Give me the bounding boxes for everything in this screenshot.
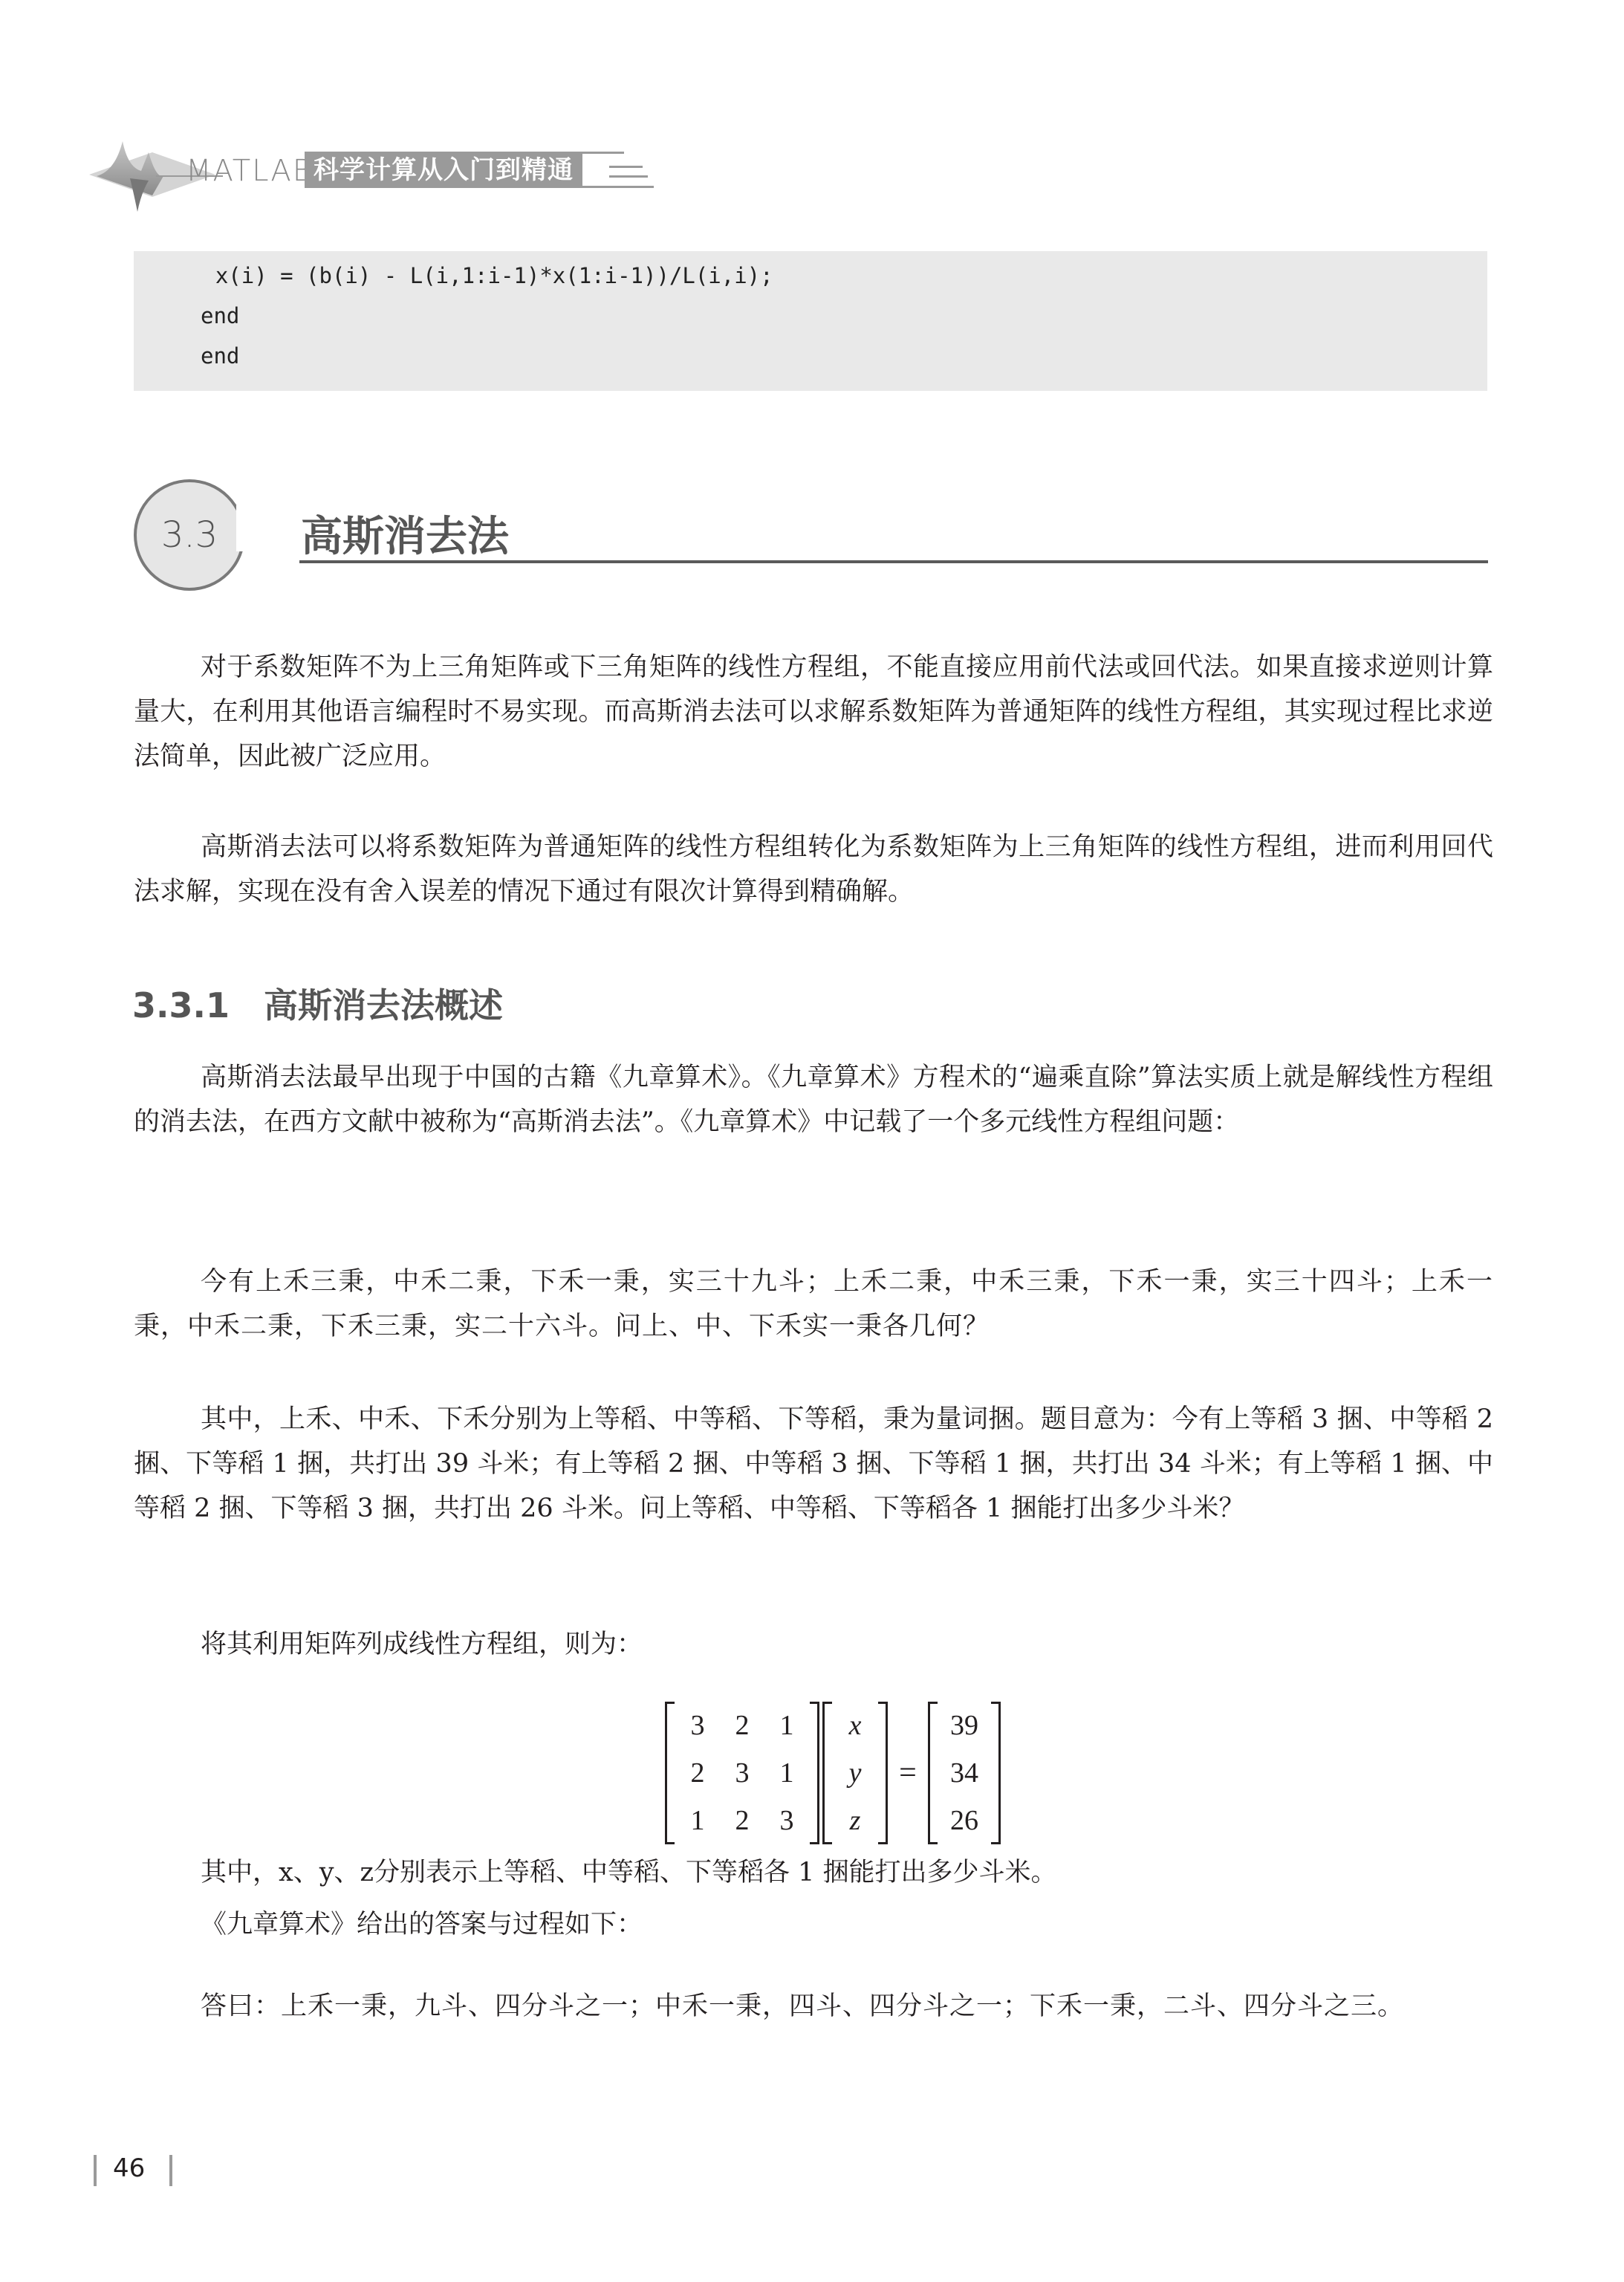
header-decor-line (305, 186, 654, 188)
equals-sign: = (888, 1755, 928, 1791)
paragraph: 高斯消去法可以将系数矩阵为普通矩阵的线性方程组转化为系数矩阵为上三角矩阵的线性方… (134, 825, 1493, 914)
paragraph: 高斯消去法最早出现于中国的古籍《九章算术》。《九章算术》方程术的“遍乘直除”算法… (134, 1055, 1493, 1144)
footer-bar (169, 2155, 172, 2186)
matrix-cell: 2 (675, 1751, 720, 1795)
matrix-cell: 1 (764, 1751, 809, 1795)
vector-cell: 34 (938, 1751, 990, 1795)
matrix-equation: 3 2 1 2 3 1 1 2 3 x y z = 39 34 26 (665, 1702, 1001, 1844)
header-decor-line (609, 166, 643, 168)
subsection-number: 3.3.1 (132, 985, 230, 1025)
matrix-cell: 3 (764, 1798, 809, 1843)
paragraph: 对于系数矩阵不为上三角矩阵或下三角矩阵的线性方程组，不能直接应用前代法或回代法。… (134, 645, 1493, 779)
vector-cell: z (833, 1798, 877, 1843)
paragraph: 将其利用矩阵列成线性方程组，则为： (134, 1622, 1493, 1667)
matrix-cell: 3 (720, 1751, 764, 1795)
header-decor-line (609, 175, 648, 178)
code-line: end (201, 343, 239, 369)
vector-cell: y (833, 1751, 877, 1795)
subsection-title: 高斯消去法概述 (264, 985, 503, 1025)
header-brand: MATLAB (186, 154, 314, 188)
paragraph: 其中，x、y、z分别表示上等稻、中等稻、下等稻各 1 捆能打出多少斗米。 (134, 1850, 1493, 1895)
header-book-title: 科学计算从入门到精通 (305, 154, 582, 187)
vector-cell: x (833, 1703, 877, 1748)
coefficient-matrix: 3 2 1 2 3 1 1 2 3 (665, 1702, 819, 1844)
variable-vector: x y z (822, 1702, 888, 1844)
paragraph: 其中，上禾、中禾、下禾分别为上等稻、中等稻、下等稻，秉为量词捆。题目意为：今有上… (134, 1397, 1493, 1531)
running-header: MATLAB 科学计算从入门到精通 (82, 137, 735, 212)
code-line: end (201, 303, 239, 328)
rhs-vector: 39 34 26 (928, 1702, 1001, 1844)
paragraph: 《九章算术》给出的答案与过程如下： (134, 1902, 1493, 1947)
subsection-heading: 3.3.1高斯消去法概述 (132, 979, 503, 1028)
matrix-cell: 1 (675, 1798, 720, 1843)
matrix-cell: 2 (720, 1703, 764, 1748)
page-number: 46 (113, 2153, 145, 2183)
vector-cell: 26 (938, 1798, 990, 1843)
matrix-cell: 2 (720, 1798, 764, 1843)
matrix-cell: 1 (764, 1703, 809, 1748)
matrix-cell: 3 (675, 1703, 720, 1748)
footer-bar (94, 2155, 97, 2186)
section-rule (299, 560, 1488, 563)
vector-cell: 39 (938, 1703, 990, 1748)
classical-answer: 答曰：上禾一秉，九斗、四分斗之一；中禾一秉，四斗、四分斗之一；下禾一秉，二斗、四… (134, 1984, 1493, 2029)
code-block: x(i) = (b(i) - L(i,1:i-1)*x(1:i-1))/L(i,… (134, 251, 1487, 391)
section-number: 3.3 (134, 479, 245, 591)
header-decor-line (305, 152, 624, 154)
section-title: 高斯消去法 (301, 504, 509, 563)
code-line: x(i) = (b(i) - L(i,1:i-1)*x(1:i-1))/L(i,… (163, 263, 773, 288)
classical-quote: 今有上禾三秉，中禾二秉，下禾一秉，实三十九斗；上禾二秉，中禾三秉，下禾一秉，实三… (134, 1260, 1493, 1349)
